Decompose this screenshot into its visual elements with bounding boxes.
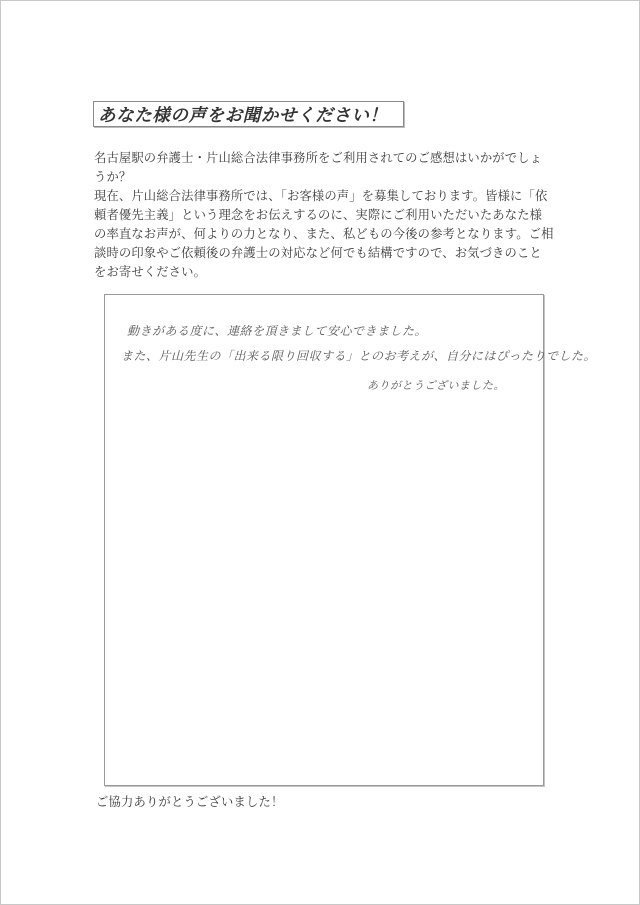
thanks-note: ご協力ありがとうございました！ [96, 792, 283, 810]
intro-paragraph-2: 現在、片山総合法律事務所では、「お客様の声」を募集しております。皆様に「依頼者優… [94, 187, 554, 282]
questionnaire-page: あなた様の声をお聞かせください！ 名古屋駅の弁護士・片山総合法律事務所をご利用さ… [0, 0, 640, 905]
comment-line-3: ありがとうございました。 [367, 377, 505, 393]
comment-line-1: 動きがある度に、連絡を頂きまして安心できました。 [127, 322, 427, 339]
comment-line-2: また、片山先生の「出来る限り回収する」とのお考えが、自分にはぴったりでした。 [121, 347, 596, 364]
page-title: あなた様の声をお聞かせください！ [98, 102, 388, 127]
title-banner: あなた様の声をお聞かせください！ [93, 101, 404, 127]
handwritten-comment-box: 動きがある度に、連絡を頂きまして安心できました。 また、片山先生の「出来る限り回… [104, 294, 544, 786]
intro-text: 名古屋駅の弁護士・片山総合法律事務所をご利用されてのご感想はいかがでしょうか？ … [94, 149, 554, 282]
intro-paragraph-1: 名古屋駅の弁護士・片山総合法律事務所をご利用されてのご感想はいかがでしょうか？ [94, 149, 554, 187]
